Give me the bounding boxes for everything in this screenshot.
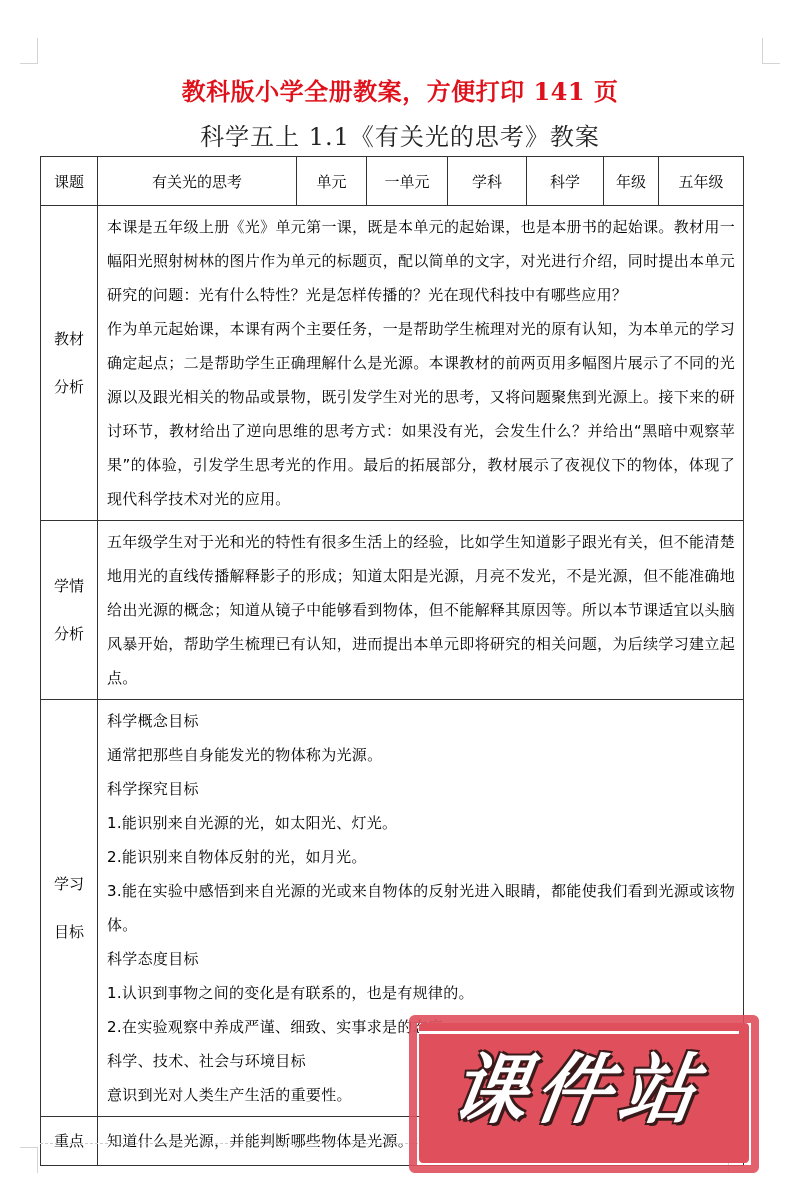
goal-item: 1.认识到事物之间的变化是有联系的，也是有规律的。 — [107, 976, 735, 1010]
subject-label: 学科 — [448, 157, 527, 206]
unit-label: 单元 — [297, 157, 367, 206]
key-points-content: 知道什么是光源，并能判断哪些物体是光源。 — [98, 1117, 744, 1166]
topic-label: 课题 — [41, 157, 98, 206]
page-corner-mark-bottom-left — [20, 1147, 38, 1173]
goal-item: 2.在实验观察中养成严谨、细致、实事求是的态度。 — [107, 1010, 735, 1044]
label-line: 教材 — [41, 315, 97, 363]
goal-item: 1.能识别来自光源的光，如太阳光、灯光。 — [107, 806, 735, 840]
paragraph: 本课是五年级上册《光》单元第一课，既是本单元的起始课，也是本册书的起始课。教材用… — [107, 210, 735, 312]
document-title: 科学五上 1.1《有关光的思考》教案 — [0, 117, 800, 152]
goal-item: 3.能在实验中感悟到来自光源的光或来自物体的反射光进入眼睛，都能使我们看到光源或… — [107, 874, 735, 942]
student-analysis-row: 学情 分析 五年级学生对于光和光的特性有很多生活上的经验，比如学生知道影子跟光有… — [41, 521, 744, 700]
key-points-row: 重点 知道什么是光源，并能判断哪些物体是光源。 — [41, 1117, 744, 1166]
page-boundary — [40, 1143, 743, 1144]
material-analysis-content: 本课是五年级上册《光》单元第一课，既是本单元的起始课，也是本册书的起始课。教材用… — [98, 206, 744, 521]
goal-heading: 科学探究目标 — [107, 772, 735, 806]
student-analysis-label: 学情 分析 — [41, 521, 98, 700]
learning-goals-label: 学习 目标 — [41, 700, 98, 1117]
page-corner-mark-top-left — [20, 38, 38, 64]
topic-value: 有关光的思考 — [98, 157, 297, 206]
label-line: 分析 — [41, 610, 97, 658]
promo-title: 教科版小学全册教案，方便打印 141 页 — [0, 72, 800, 107]
goal-item: 意识到光对人类生产生活的重要性。 — [107, 1078, 735, 1112]
goal-heading: 科学概念目标 — [107, 704, 735, 738]
unit-value: 一单元 — [367, 157, 448, 206]
label-line: 分析 — [41, 363, 97, 411]
subject-value: 科学 — [527, 157, 604, 206]
material-analysis-row: 教材 分析 本课是五年级上册《光》单元第一课，既是本单元的起始课，也是本册书的起… — [41, 206, 744, 521]
label-line: 目标 — [41, 908, 97, 956]
page-corner-mark-top-right — [762, 38, 780, 64]
key-points-label: 重点 — [41, 1117, 98, 1166]
grade-label: 年级 — [604, 157, 659, 206]
label-line: 学情 — [41, 562, 97, 610]
learning-goals-content: 科学概念目标 通常把那些自身能发光的物体称为光源。 科学探究目标 1.能识别来自… — [98, 700, 744, 1117]
learning-goals-row: 学习 目标 科学概念目标 通常把那些自身能发光的物体称为光源。 科学探究目标 1… — [41, 700, 744, 1117]
material-analysis-label: 教材 分析 — [41, 206, 98, 521]
paragraph: 作为单元起始课，本课有两个主要任务，一是帮助学生梳理对光的原有认知，为本单元的学… — [107, 312, 735, 516]
grade-value: 五年级 — [659, 157, 744, 206]
label-line: 学习 — [41, 860, 97, 908]
goal-item: 通常把那些自身能发光的物体称为光源。 — [107, 738, 735, 772]
student-analysis-content: 五年级学生对于光和光的特性有很多生活上的经验，比如学生知道影子跟光有关，但不能清… — [98, 521, 744, 700]
lesson-plan-table: 课题 有关光的思考 单元 一单元 学科 科学 年级 五年级 教材 分析 本课是五… — [40, 156, 744, 1166]
header-row: 课题 有关光的思考 单元 一单元 学科 科学 年级 五年级 — [41, 157, 744, 206]
goal-heading: 科学、技术、社会与环境目标 — [107, 1044, 735, 1078]
goal-heading: 科学态度目标 — [107, 942, 735, 976]
goal-item: 2.能识别来自物体反射的光，如月光。 — [107, 840, 735, 874]
paragraph: 五年级学生对于光和光的特性有很多生活上的经验，比如学生知道影子跟光有关，但不能清… — [107, 525, 735, 695]
